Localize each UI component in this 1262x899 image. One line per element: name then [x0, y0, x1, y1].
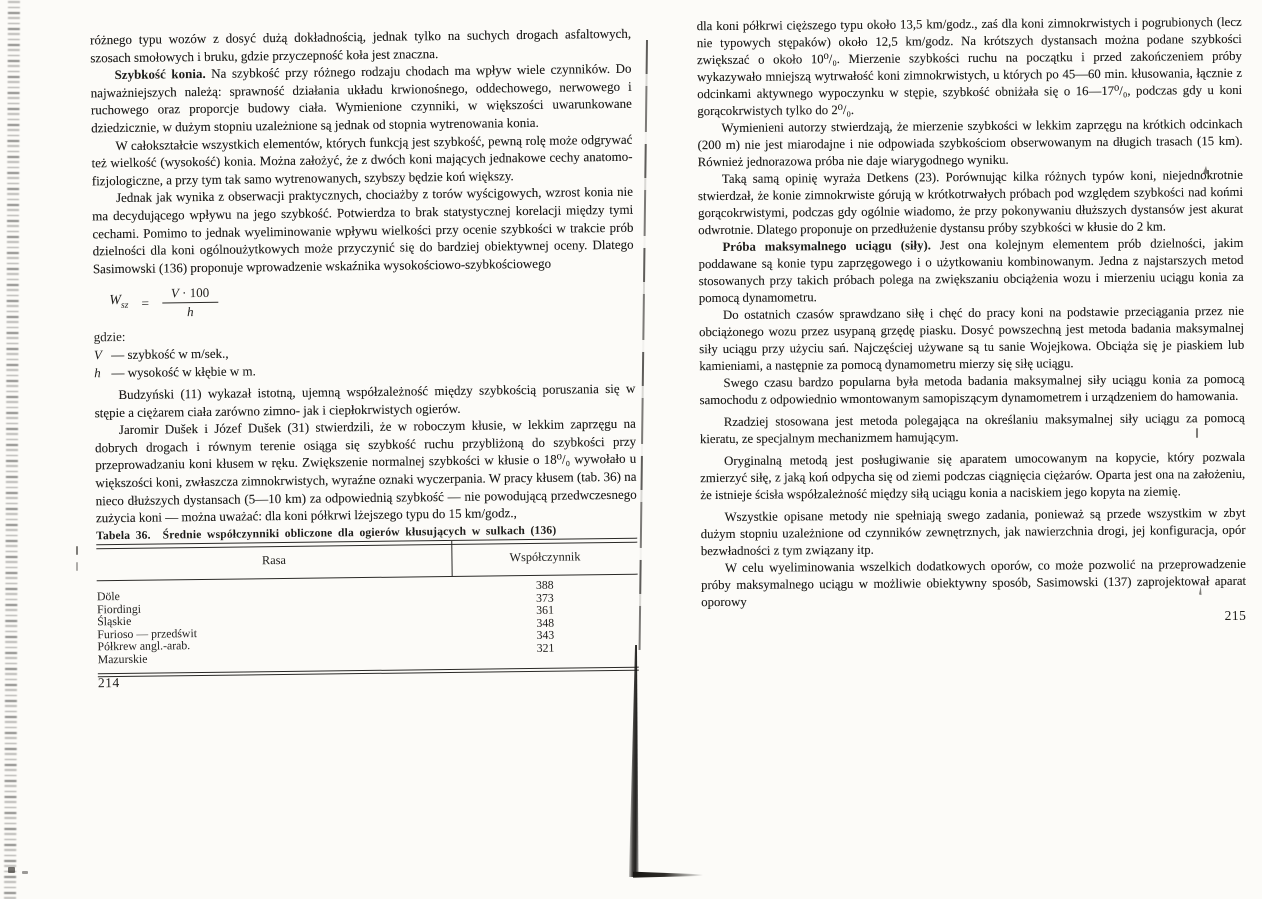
definition-text: — wysokość w kłębie w m.: [108, 363, 256, 380]
fraction: V · 100 h: [162, 285, 219, 321]
formula-variable: V: [94, 346, 108, 364]
paragraph-text: różnego typu wozów z dosyć dużą dokładno…: [90, 26, 631, 65]
table-caption-label: Tabela 36.: [96, 528, 151, 542]
paragraph: dla koni półkrwi cięższego typu około 13…: [697, 14, 1243, 120]
formula-variable: W: [109, 293, 121, 308]
gutter-line: [639, 40, 648, 650]
ink-speck: [1196, 428, 1198, 438]
paragraph: Taką samą opinię wyraża Detkens (23). Po…: [698, 167, 1244, 239]
paragraph-lead: Próba maksymalnego uciągu (siły).: [722, 238, 931, 254]
paragraph: Rzadziej stosowana jest metoda polegając…: [700, 410, 1245, 448]
paragraph: Szybkość konia. Na szybkość przy różnego…: [90, 60, 632, 137]
table-36: Rasa Współczynnik Döle Fiordingi Śląskie…: [96, 538, 639, 674]
paragraph-text: Budzyński (11) wykazał istotną, ujemną w…: [95, 381, 636, 420]
fraction-numerator: V · 100: [162, 285, 219, 304]
column-header-race: Rasa: [96, 541, 451, 580]
paragraph-text: Wszystkie opisane metody nie spełniają s…: [701, 506, 1246, 558]
paragraph-text: dla koni półkrwi cięższego typu około 13…: [697, 15, 1243, 118]
paragraph-lead: Szybkość konia.: [114, 66, 205, 82]
paragraph-text: Oryginalną metodą jest posługiwanie się …: [700, 450, 1245, 502]
right-page: dla koni półkrwi cięższego typu około 13…: [697, 14, 1247, 628]
paragraph-text: Taką samą opinię wyraża Detkens (23). Po…: [698, 168, 1243, 237]
paragraph: Wszystkie opisane metody nie spełniają s…: [700, 505, 1245, 560]
ink-speck: [76, 562, 78, 571]
coefficient-column: 388 373 361 348 343 321: [452, 578, 639, 662]
table-caption-text: Średnie współczynniki obliczone dla ogie…: [163, 524, 557, 542]
column-header-coefficient: Współczynnik: [451, 539, 637, 576]
paragraph: Wymienieni autorzy stwierdzają, że mierz…: [697, 116, 1242, 171]
paragraph: Oryginalną metodą jest posługiwanie się …: [700, 449, 1245, 504]
definition-text: — szybkość w m/sek.,: [108, 346, 229, 362]
formula-wsz: Wsz = V · 100 h: [109, 280, 634, 321]
paragraph: W całokształcie wszystkich elementów, kt…: [91, 130, 633, 189]
book-scan: różnego typu wozów z dosyć dużą dokładno…: [0, 0, 1262, 899]
table-cell-coefficient: 388: [536, 579, 554, 592]
formula-variable: h: [94, 364, 108, 382]
paragraph-text: Swego czasu bardzo popularna była metoda…: [700, 372, 1245, 407]
paragraph-text: Wymienieni autorzy stwierdzają, że mierz…: [698, 117, 1243, 169]
formula-subscript: sz: [121, 301, 129, 311]
ink-speck: [8, 867, 15, 873]
equals-sign: =: [141, 295, 149, 313]
paragraph: Do ostatnich czasów sprawdzano siłę i ch…: [699, 303, 1245, 375]
paragraph-text: W celu wyeliminowania wszelkich dodatkow…: [701, 557, 1246, 609]
paragraph: Jednak jak wynika z obserwacji praktyczn…: [92, 183, 634, 278]
page-number-right: 215: [701, 607, 1246, 628]
left-page: różnego typu wozów z dosyć dużą dokładno…: [90, 25, 639, 692]
ink-speck: [22, 871, 28, 874]
paragraph-text: Jaromir Dušek i Józef Dušek (31) stwierd…: [95, 416, 637, 526]
gutter-shadow-tail: [633, 871, 703, 878]
ink-speck: [76, 546, 78, 555]
paragraph: Próba maksymalnego uciągu (siły). Jest o…: [698, 235, 1244, 307]
paragraph-text: Do ostatnich czasów sprawdzano siłę i ch…: [699, 304, 1244, 373]
paragraph-text: Rzadziej stosowana jest metoda polegając…: [700, 411, 1245, 446]
table-cell-coefficient: 321: [537, 642, 555, 655]
formula-constant: · 100: [179, 285, 210, 300]
paragraph: Jaromir Dušek i Józef Dušek (31) stwierd…: [95, 415, 637, 527]
table-body: Döle Fiordingi Śląskie Furioso — przedśw…: [97, 575, 639, 674]
race-column: Döle Fiordingi Śląskie Furioso — przedśw…: [97, 586, 453, 666]
formula-variable: V: [171, 286, 179, 301]
formula-lhs: Wsz: [109, 292, 128, 316]
paragraph: Swego czasu bardzo popularna była metoda…: [699, 371, 1244, 409]
scan-edge-noise: [4, 0, 20, 899]
paragraph: W celu wyeliminowania wszelkich dodatkow…: [701, 556, 1246, 611]
paragraph-text: Jednak jak wynika z obserwacji praktyczn…: [92, 184, 634, 276]
fraction-denominator: h: [187, 303, 194, 320]
paragraph-text: W całokształcie wszystkich elementów, kt…: [92, 131, 633, 188]
